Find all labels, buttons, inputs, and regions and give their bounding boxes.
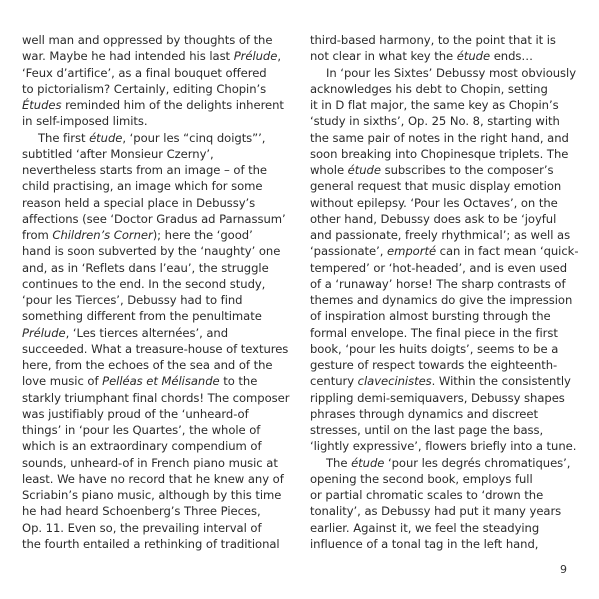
text-column-right: third-based harmony, to the point that i… [310,32,582,552]
text-segment: book, ‘pour les huits doigts’, seems to … [310,342,558,356]
text-line: phrases through dynamics and discreet [310,406,582,422]
text-line: book, ‘pour les huits doigts’, seems to … [310,341,582,357]
text-segment: well man and oppressed by thoughts of th… [22,33,272,47]
text-segment: third-based harmony, to the point that i… [310,33,556,47]
text-line: acknowledges his debt to Chopin, setting [310,81,582,97]
text-line: here, from the echoes of the sea and of … [22,357,294,373]
text-line: the fourth entailed a rethinking of trad… [22,536,294,552]
text-segment: soon breaking into Chopinesque triplets.… [310,147,568,161]
text-line: third-based harmony, to the point that i… [310,32,582,48]
text-line: sounds, unheard-of in French piano music… [22,455,294,471]
text-line: well man and oppressed by thoughts of th… [22,32,294,48]
text-segment: The first [38,131,89,145]
text-line: nevertheless starts from an image – of t… [22,162,294,178]
italic-text: emporté [387,244,436,258]
text-segment: sounds, unheard-of in French piano music… [22,456,278,470]
text-line: rippling demi-semiquavers, Debussy shape… [310,390,582,406]
text-line: tempered’ or ‘hot-headed’, and is even u… [310,260,582,276]
text-segment: , [277,49,281,63]
text-segment: here, from the echoes of the sea and of … [22,358,272,372]
text-segment: . Within the consistently [432,374,571,388]
italic-text: Children’s Corner [52,228,152,242]
text-line: ‘passionate’, emporté can in fact mean ‘… [310,243,582,259]
text-segment: ‘pour les degrés chromatiques’, [384,456,570,470]
text-segment: themes and dynamics do give the impressi… [310,293,572,307]
text-segment: or partial chromatic scales to ‘drown th… [310,488,543,502]
text-line: earlier. Against it, we feel the steadyi… [310,520,582,536]
text-line: century clavecinistes. Within the consis… [310,373,582,389]
text-segment: love music of [22,374,102,388]
text-segment: whole [310,163,348,177]
text-segment: earlier. Against it, we feel the steadyi… [310,521,539,535]
text-line: not clear in what key the étude ends… [310,48,582,64]
text-line: continues to the end. In the second stud… [22,276,294,292]
text-segment: the same pair of notes in the right hand… [310,131,569,145]
text-line: Prélude, ‘Les tierces alternées’, and [22,325,294,341]
text-segment: rippling demi-semiquavers, Debussy shape… [310,391,565,405]
text-segment: Op. 11. Even so, the prevailing interval… [22,521,262,535]
italic-text: Pelléas et Mélisande [102,374,219,388]
text-line: child practising, an image which for som… [22,178,294,194]
text-line: Études reminded him of the delights inhe… [22,97,294,113]
text-line: which is an extraordinary compendium of [22,438,294,454]
text-segment: , ‘pour les “cinq doigts”’, [122,131,265,145]
text-line: soon breaking into Chopinesque triplets.… [310,146,582,162]
text-line: war. Maybe he had intended his last Prél… [22,48,294,64]
text-segment: century [310,374,358,388]
text-segment: which is an extraordinary compendium of [22,439,262,453]
text-line: love music of Pelléas et Mélisande to th… [22,373,294,389]
text-line: starkly triumphant final chords! The com… [22,390,294,406]
italic-text: étude [89,131,122,145]
text-line: and, as in ‘Reflets dans l’eau’, the str… [22,260,294,276]
text-segment: ‘lightly expressive’, flowers briefly in… [310,439,576,453]
text-line: he had heard Schoenberg’s Three Pieces, [22,503,294,519]
text-line: general request that music display emoti… [310,178,582,194]
text-segment: things’ in ‘pour les Quartes’, the whole… [22,423,260,437]
text-segment: gesture of respect towards the eighteent… [310,358,557,372]
text-line: to pictorialism? Certainly, editing Chop… [22,81,294,97]
text-segment: subtitled ‘after Monsieur Czerny’, [22,147,214,161]
text-line: ‘lightly expressive’, flowers briefly in… [310,438,582,454]
text-line: opening the second book, employs full [310,471,582,487]
text-segment: he had heard Schoenberg’s Three Pieces, [22,504,261,518]
page-number: 9 [560,563,567,576]
text-line: and passionate, freely rhythmical’; as w… [310,227,582,243]
text-segment: hand is soon subverted by the ‘naughty’ … [22,244,280,258]
text-line: The first étude, ‘pour les “cinq doigts”… [22,130,294,146]
text-segment: not clear in what key the [310,49,457,63]
text-segment: ends… [490,49,533,63]
text-segment: other hand, Debussy does ask to be ‘joyf… [310,212,556,226]
text-segment: it in D flat major, the same key as Chop… [310,98,559,112]
text-line: ‘study in sixths’, Op. 25 No. 8, startin… [310,113,582,129]
text-line: something different from the penultimate [22,308,294,324]
text-line: gesture of respect towards the eighteent… [310,357,582,373]
text-segment: influence of a tonal tag in the left han… [310,537,538,551]
text-line: tonality’, as Debussy had put it many ye… [310,503,582,519]
text-line: ‘pour les Tierces’, Debussy had to find [22,292,294,308]
text-segment: without epilepsy. ‘Pour les Octaves’, on… [310,196,558,210]
text-segment: general request that music display emoti… [310,179,561,193]
text-segment: phrases through dynamics and discreet [310,407,538,421]
text-line: least. We have no record that he knew an… [22,471,294,487]
text-line: things’ in ‘pour les Quartes’, the whole… [22,422,294,438]
text-line: from Children’s Corner); here the ‘good’ [22,227,294,243]
text-line: Op. 11. Even so, the prevailing interval… [22,520,294,536]
text-segment: tonality’, as Debussy had put it many ye… [310,504,561,518]
text-line: subtitled ‘after Monsieur Czerny’, [22,146,294,162]
text-line: influence of a tonal tag in the left han… [310,536,582,552]
text-line: of inspiration almost bursting through t… [310,308,582,324]
italic-text: Prélude [22,326,66,340]
italic-text: Prélude [234,49,278,63]
text-line: themes and dynamics do give the impressi… [310,292,582,308]
text-line: it in D flat major, the same key as Chop… [310,97,582,113]
text-line: reason held a special place in Debussy’s [22,195,294,211]
text-segment: and passionate, freely rhythmical’; as w… [310,228,570,242]
text-segment: ); here the ‘good’ [153,228,253,242]
text-line: formal envelope. The final piece in the … [310,325,582,341]
text-line: ‘Feux d’artifice’, as a final bouquet of… [22,65,294,81]
italic-text: étude [348,163,381,177]
text-line: the same pair of notes in the right hand… [310,130,582,146]
text-segment: succeeded. What a treasure-house of text… [22,342,288,356]
text-segment: tempered’ or ‘hot-headed’, and is even u… [310,261,567,275]
text-segment: war. Maybe he had intended his last [22,49,234,63]
text-segment: from [22,228,52,242]
text-segment: reason held a special place in Debussy’s [22,196,255,210]
text-segment: was justifiably proud of the ‘unheard-of [22,407,249,421]
text-segment: something different from the penultimate [22,309,262,323]
text-segment: least. We have no record that he knew an… [22,472,284,486]
text-line: hand is soon subverted by the ‘naughty’ … [22,243,294,259]
text-segment: can in fact mean ‘quick- [436,244,578,258]
text-line: or partial chromatic scales to ‘drown th… [310,487,582,503]
text-segment: and, as in ‘Reflets dans l’eau’, the str… [22,261,269,275]
text-line: without epilepsy. ‘Pour les Octaves’, on… [310,195,582,211]
text-segment: , ‘Les tierces alternées’, and [66,326,228,340]
text-segment: Scriabin’s piano music, although by this… [22,488,281,502]
text-segment: The [326,456,351,470]
text-segment: ‘study in sixths’, Op. 25 No. 8, startin… [310,114,560,128]
text-line: The étude ‘pour les degrés chromatiques’… [310,455,582,471]
text-segment: reminded him of the delights inherent [61,98,283,112]
text-segment: stresses, until on the last page the bas… [310,423,543,437]
text-line: In ‘pour les Sixtes’ Debussy most obviou… [310,65,582,81]
text-segment: In ‘pour les Sixtes’ Debussy most obviou… [326,66,576,80]
text-segment: nevertheless starts from an image – of t… [22,163,267,177]
text-line: affections (see ‘Doctor Gradus ad Parnas… [22,211,294,227]
text-segment: opening the second book, employs full [310,472,533,486]
italic-text: étude [457,49,490,63]
text-column-left: well man and oppressed by thoughts of th… [22,32,294,552]
italic-text: clavecinistes [358,374,432,388]
text-line: Scriabin’s piano music, although by this… [22,487,294,503]
text-segment: starkly triumphant final chords! The com… [22,391,289,405]
text-segment: continues to the end. In the second stud… [22,277,265,291]
text-segment: child practising, an image which for som… [22,179,262,193]
text-line: of a ‘runaway’ horse! The sharp contrast… [310,276,582,292]
italic-text: étude [351,456,384,470]
text-segment: of a ‘runaway’ horse! The sharp contrast… [310,277,566,291]
italic-text: Études [22,98,61,112]
text-line: whole étude subscribes to the composer’s [310,162,582,178]
text-line: in self-imposed limits. [22,113,294,129]
text-segment: subscribes to the composer’s [381,163,554,177]
text-segment: of inspiration almost bursting through t… [310,309,551,323]
text-segment: ‘Feux d’artifice’, as a final bouquet of… [22,66,267,80]
text-line: was justifiably proud of the ‘unheard-of [22,406,294,422]
text-segment: to pictorialism? Certainly, editing Chop… [22,82,266,96]
text-line: other hand, Debussy does ask to be ‘joyf… [310,211,582,227]
text-segment: ‘passionate’, [310,244,387,258]
text-segment: the fourth entailed a rethinking of trad… [22,537,280,551]
text-line: succeeded. What a treasure-house of text… [22,341,294,357]
text-segment: acknowledges his debt to Chopin, setting [310,82,548,96]
text-segment: affections (see ‘Doctor Gradus ad Parnas… [22,212,286,226]
text-line: stresses, until on the last page the bas… [310,422,582,438]
text-segment: in self-imposed limits. [22,114,148,128]
text-segment: to the [220,374,258,388]
text-segment: ‘pour les Tierces’, Debussy had to find [22,293,243,307]
text-segment: formal envelope. The final piece in the … [310,326,558,340]
